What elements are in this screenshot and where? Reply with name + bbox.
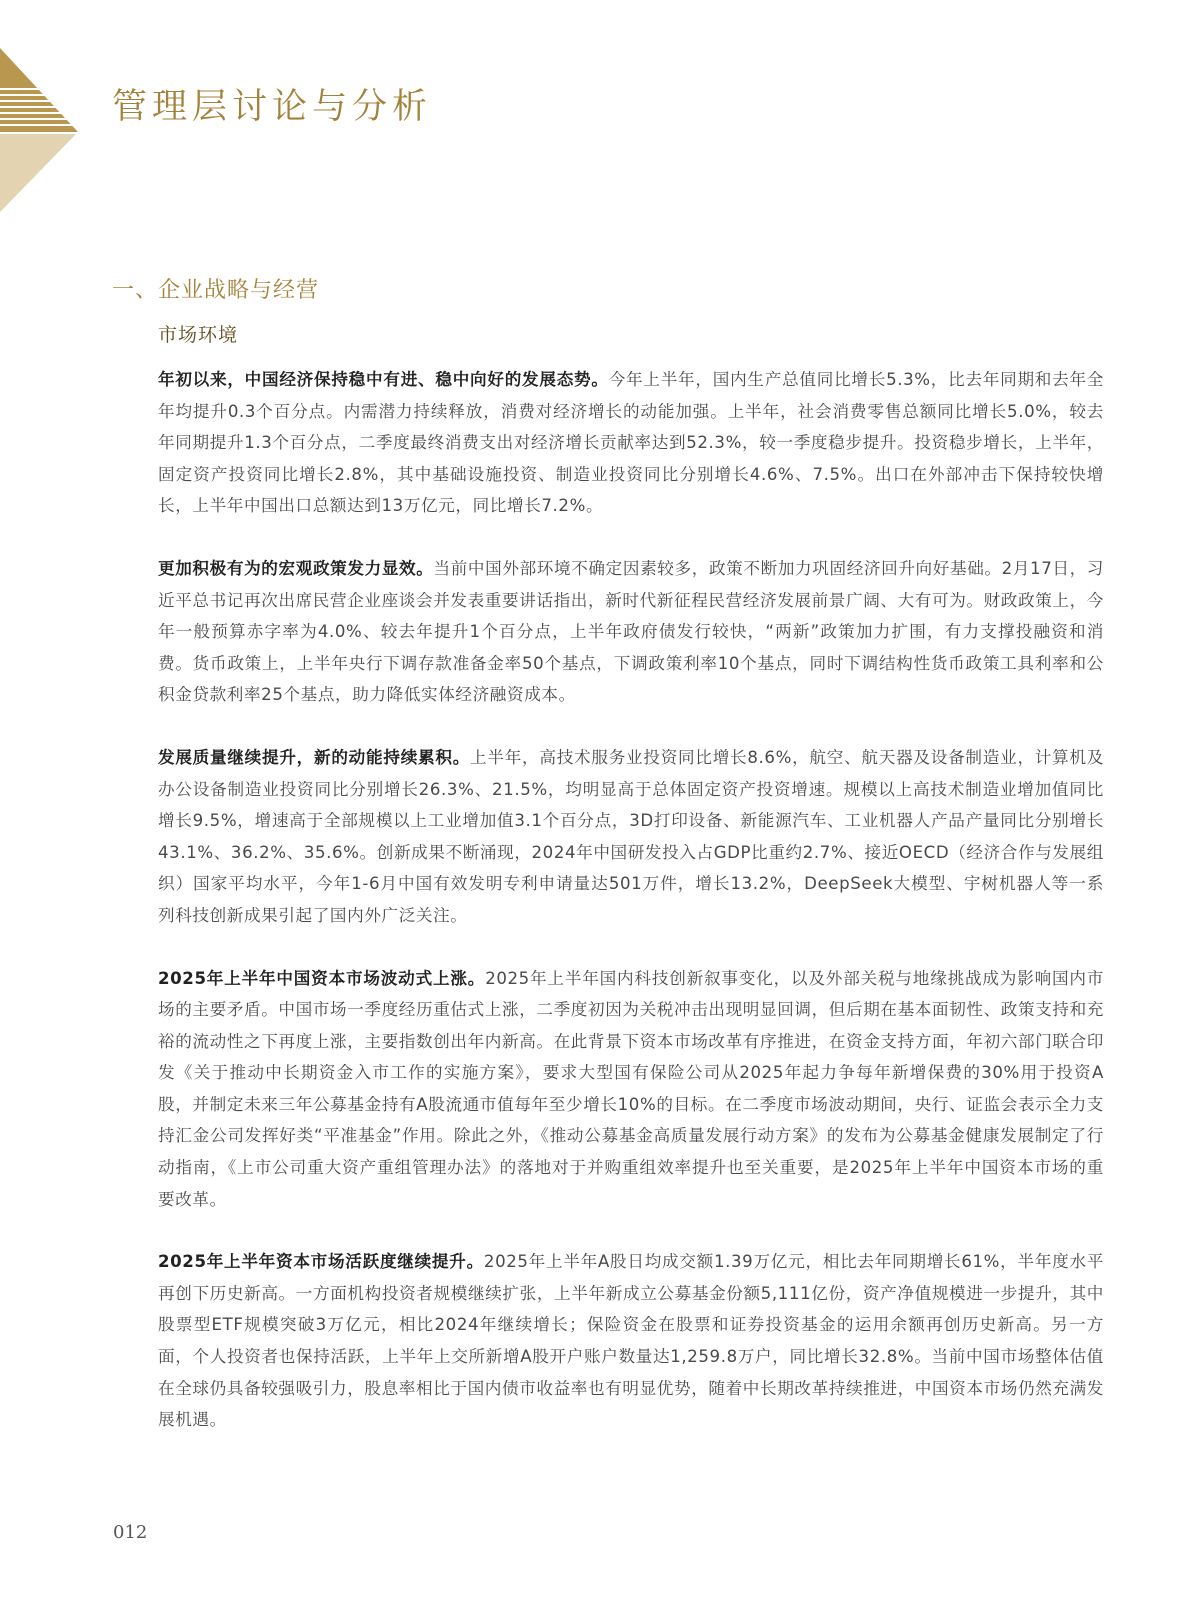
paragraph-lead: 更加积极有为的宏观政策发力显效。	[158, 559, 433, 578]
paragraph-lead: 2025年上半年中国资本市场波动式上涨。	[158, 969, 485, 988]
paragraph-development-quality: 发展质量继续提升，新的动能持续累积。上半年，高技术服务业投资同比增长8.6%，航…	[158, 742, 1104, 932]
sub-heading: 市场环境	[158, 320, 238, 350]
paragraph-body: 今年上半年，国内生产总值同比增长5.3%，比去年同期和去年全年均提升0.3个百分…	[158, 370, 1104, 515]
body-text: 年初以来，中国经济保持稳中有进、稳中向好的发展态势。今年上半年，国内生产总值同比…	[158, 364, 1104, 1467]
paragraph-body: 2025年上半年A股日均成交额1.39万亿元，相比去年同期增长61%，半年度水平…	[158, 1252, 1104, 1429]
paragraph-macro-policy: 更加积极有为的宏观政策发力显效。当前中国外部环境不确定因素较多，政策不断加力巩固…	[158, 553, 1104, 711]
page-number: 012	[113, 1522, 147, 1543]
paragraph-body: 当前中国外部环境不确定因素较多，政策不断加力巩固经济回升向好基础。2月17日，习…	[158, 559, 1104, 704]
page-title: 管理层讨论与分析	[112, 84, 432, 130]
paragraph-lead: 年初以来，中国经济保持稳中有进、稳中向好的发展态势。	[158, 370, 609, 389]
paragraph-market-activity: 2025年上半年资本市场活跃度继续提升。2025年上半年A股日均成交额1.39万…	[158, 1246, 1104, 1436]
corner-triangle-decoration	[0, 48, 80, 212]
paragraph-economy: 年初以来，中国经济保持稳中有进、稳中向好的发展态势。今年上半年，国内生产总值同比…	[158, 364, 1104, 522]
section-heading: 一、企业战略与经营	[112, 275, 319, 307]
paragraph-body: 2025年上半年国内科技创新叙事变化，以及外部关税与地缘挑战成为影响国内市场的主…	[158, 969, 1104, 1209]
paragraph-body: 上半年，高技术服务业投资同比增长8.6%，航空、航天器及设备制造业，计算机及办公…	[158, 748, 1104, 925]
paragraph-capital-market: 2025年上半年中国资本市场波动式上涨。2025年上半年国内科技创新叙事变化，以…	[158, 963, 1104, 1216]
paragraph-lead: 2025年上半年资本市场活跃度继续提升。	[158, 1252, 484, 1271]
paragraph-lead: 发展质量继续提升，新的动能持续累积。	[158, 748, 470, 767]
